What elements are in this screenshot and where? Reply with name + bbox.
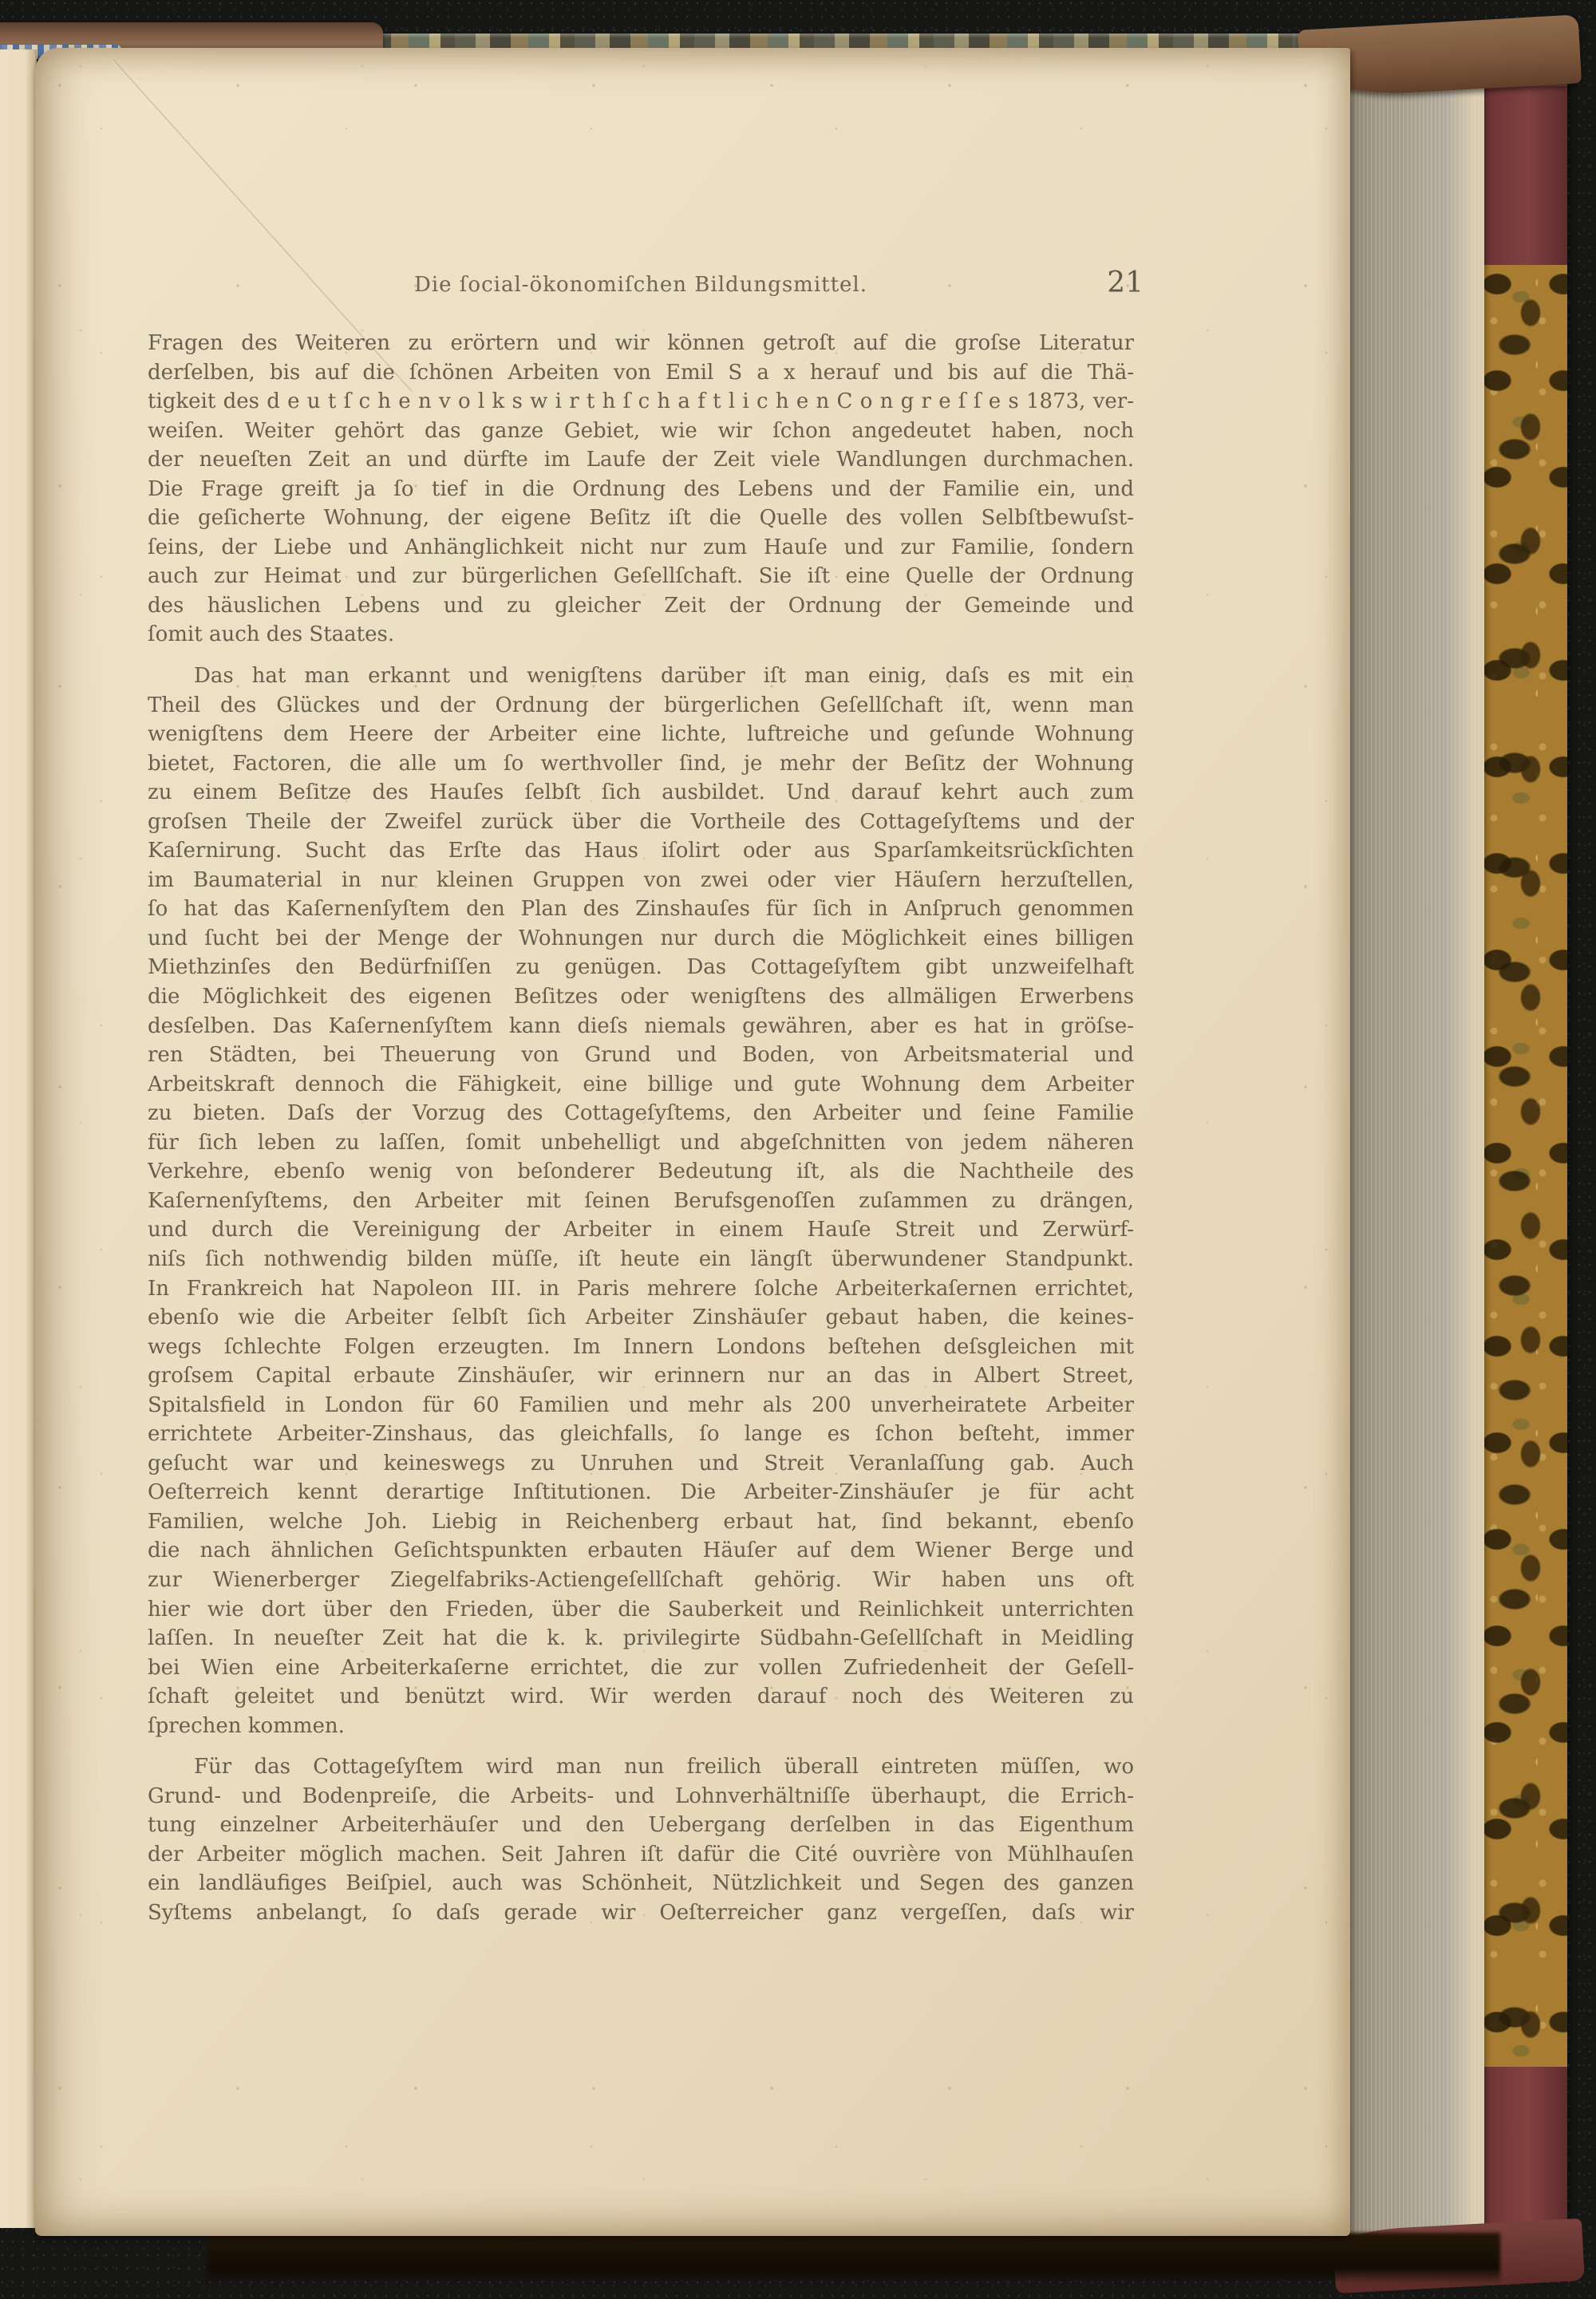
fore-edge-page-block (1347, 49, 1484, 2244)
book-scan: { "book": { "running_header": "Die ſocia… (0, 0, 1596, 2299)
text-line: desſelben. Das Kaſernenſyſtem kann dieſs… (148, 1012, 1134, 1041)
leather-red-top (1481, 86, 1567, 265)
text-line: wenigſtens dem Heere der Arbeiter eine l… (148, 720, 1134, 749)
text-line: In Frankreich hat Napoleon III. in Paris… (148, 1274, 1134, 1304)
text-line: Arbeitskraft dennoch die Fähigkeit, eine… (148, 1070, 1134, 1100)
text-line: ein landläufiges Beiſpiel, auch was Schö… (148, 1869, 1134, 1898)
text-line: zu einem Beſitze des Hauſes ſelbſt ſich … (148, 778, 1134, 808)
text-line: ſo hat das Kaſernenſyſtem den Plan des Z… (148, 895, 1134, 924)
text-line: Das hat man erkannt und wenigſtens darüb… (148, 662, 1134, 691)
paragraph: Fragen des Weiteren zu erörtern und wir … (148, 329, 1134, 650)
text-line: errichtete Arbeiter-Zinshaus, das gleich… (148, 1420, 1134, 1449)
text-line: groſsen Theile der Zweifel zurück über d… (148, 808, 1134, 837)
body-text: Fragen des Weiteren zu erörtern und wir … (148, 329, 1134, 1928)
text-line: im Baumaterial in nur kleinen Gruppen vo… (148, 866, 1134, 895)
text-line: hier wie dort über den Frieden, über die… (148, 1595, 1134, 1625)
text-line: ſeins, der Liebe und Anhänglichkeit nich… (148, 533, 1134, 563)
text-line: Die Frage greift ja ſo tief in die Ordnu… (148, 475, 1134, 504)
text-line: ebenſo wie die Arbeiter ſelbſt ſich Arbe… (148, 1303, 1134, 1333)
text-line: der Arbeiter möglich machen. Seit Jahren… (148, 1840, 1134, 1870)
marbled-paper (1481, 265, 1567, 2067)
text-line: Kaſernirung. Sucht das Erſte das Haus iſ… (148, 836, 1134, 866)
text-line: bei Wien eine Arbeiterkaſerne errichtet,… (148, 1653, 1134, 1683)
text-line: die Möglichkeit des eigenen Beſitzes ode… (148, 982, 1134, 1012)
text-line: Grund- und Bodenpreiſe, die Arbeits- und… (148, 1782, 1134, 1811)
text-line: weiſen. Weiter gehört das ganze Gebiet, … (148, 417, 1134, 446)
text-line: auch zur Heimat und zur bürgerlichen Geſ… (148, 562, 1134, 591)
text-line: geſucht war und keineswegs zu Unruhen un… (148, 1449, 1134, 1479)
text-line: des häuslichen Lebens und zu gleicher Ze… (148, 591, 1134, 621)
text-line: ſprechen kommen. (148, 1712, 1134, 1741)
text-line: zu bieten. Daſs der Vorzug des Cottageſy… (148, 1099, 1134, 1128)
text-line: für ſich leben zu laſſen, ſomit unbehell… (148, 1128, 1134, 1158)
text-line: laſſen. In neueſter Zeit hat die k. k. p… (148, 1624, 1134, 1653)
text-line: derſelben, bis auf die ſchönen Arbeiten … (148, 358, 1134, 388)
page-header: Die ſocial-ökonomiſchen Bildungsmittel. … (148, 273, 1134, 305)
page-number: 21 (1107, 267, 1144, 299)
text-line: die nach ähnlichen Geſichtspunkten erbau… (148, 1536, 1134, 1566)
cover-marbled-board (1481, 35, 1567, 2276)
paragraph: Für das Cottageſyſtem wird man nun freil… (148, 1752, 1134, 1927)
text-line: und ſucht bei der Menge der Wohnungen nu… (148, 924, 1134, 954)
text-line: niſs ſich nothwendig bilden müſſe, iſt h… (148, 1245, 1134, 1274)
text-line: bietet, Factoren, die alle um ſo werthvo… (148, 749, 1134, 779)
text-line: Verkehre, ebenſo wenig von beſonderer Be… (148, 1157, 1134, 1187)
text-line: Syſtems anbelangt, ſo daſs gerade wir Oe… (148, 1898, 1134, 1928)
text-line: tung einzelner Arbeiterhäuſer und den Ue… (148, 1811, 1134, 1840)
bottom-shadow (207, 2233, 1500, 2284)
text-line: ſomit auch des Staates. (148, 620, 1134, 650)
text-line: wegs ſchlechte Folgen erzeugten. Im Inne… (148, 1333, 1134, 1362)
text-line: Kaſernenſyſtems, den Arbeiter mit ſeinen… (148, 1187, 1134, 1216)
text-line: Fragen des Weiteren zu erörtern und wir … (148, 329, 1134, 358)
text-line: Oeſterreich kennt derartige Inſtitutione… (148, 1478, 1134, 1507)
left-page-edge (0, 49, 37, 2228)
running-header: Die ſocial-ökonomiſchen Bildungsmittel. (148, 273, 1134, 297)
text-line: tigkeit des d e u t ſ c h e n v o l k s … (148, 387, 1134, 417)
text-line: ren Städten, bei Theuerung von Grund und… (148, 1041, 1134, 1070)
text-line: Für das Cottageſyſtem wird man nun freil… (148, 1752, 1134, 1782)
paragraph: Das hat man erkannt und wenigſtens darüb… (148, 662, 1134, 1740)
text-line: Miethzinſes den Bedürfniſſen zu genügen.… (148, 953, 1134, 982)
text-line: Theil des Glückes und der Ordnung der bü… (148, 691, 1134, 721)
text-line: Spitalsfield in London für 60 Familien u… (148, 1391, 1134, 1420)
text-line: zur Wienerberger Ziegelfabriks-Actiengeſ… (148, 1566, 1134, 1595)
page: Die ſocial-ökonomiſchen Bildungsmittel. … (35, 48, 1350, 2236)
printed-content: Die ſocial-ökonomiſchen Bildungsmittel. … (148, 273, 1134, 1928)
text-line: ſchaft geleitet und benützt wird. Wir we… (148, 1682, 1134, 1712)
text-line: groſsem Capital erbaute Zinshäuſer, wir … (148, 1361, 1134, 1391)
text-line: und durch die Vereinigung der Arbeiter i… (148, 1215, 1134, 1245)
text-line: Familien, welche Joh. Liebig in Reichenb… (148, 1507, 1134, 1537)
text-line: die geſicherte Wohnung, der eigene Beſit… (148, 504, 1134, 533)
text-line: der neueſten Zeit an und dürfte im Laufe… (148, 445, 1134, 475)
